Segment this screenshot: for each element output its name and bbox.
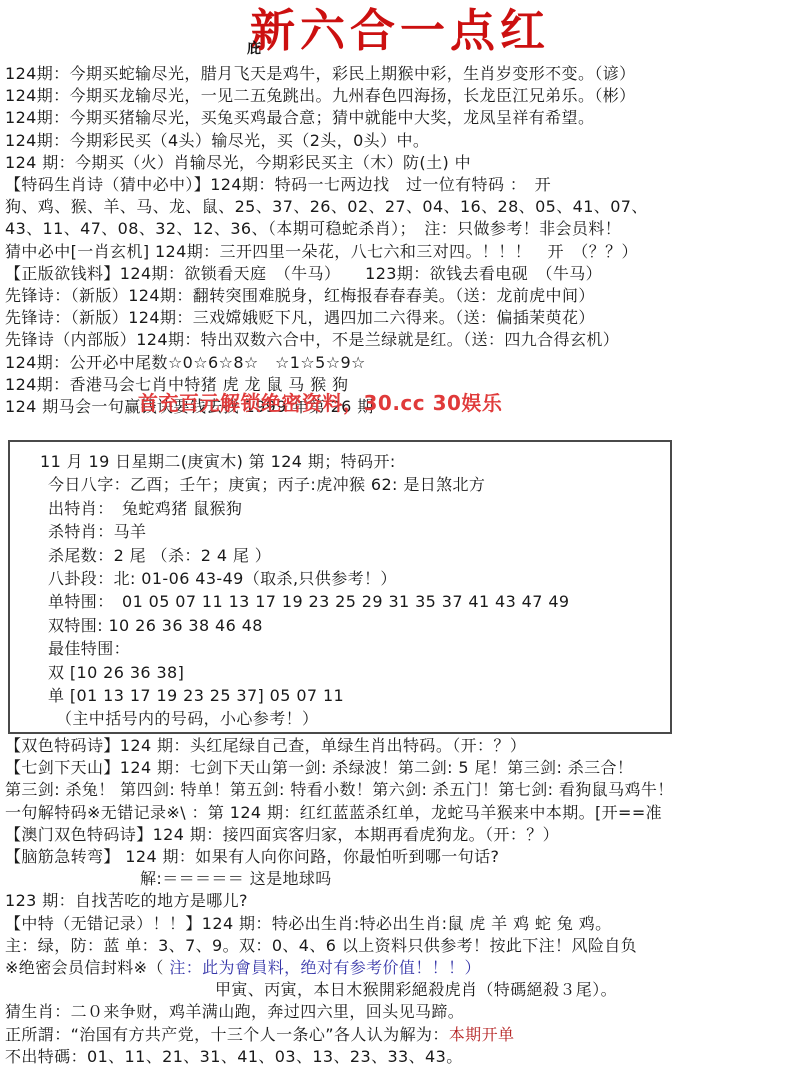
text-line: 八卦段：北: 01-06 43-49（取杀,只供参考！） — [40, 567, 670, 590]
text-line: 双 [10 26 36 38] — [40, 661, 670, 684]
text-line: 猜中必中[一肖玄机] 124期：三开四里一朵花，八七六和三对四。！！！ 开 （？… — [5, 241, 800, 263]
text-segment: 【澳门双色特码诗】124 期：接四面宾客归家，本期再看虎狗龙。（开：？） — [5, 825, 559, 844]
text-segment: 124期：今期彩民买（4头）输尽光，买（2头，0头）中。 — [5, 131, 429, 150]
text-segment: 123 期：自找苦吃的地方是哪儿? — [5, 891, 248, 910]
text-segment: 今日八字：乙酉；壬午；庚寅；丙子:虎冲猴 62: 是日煞北方 — [48, 475, 485, 494]
text-line: 124期：今期买猪输尽光，买兔买鸡最合意；猜中就能中大奖，龙凤呈祥有希望。 — [5, 107, 800, 129]
text-segment: 【双色特码诗】124 期：头红尾绿自己查，单绿生肖出特码。（开：？） — [5, 736, 526, 755]
text-line: 杀特肖：马羊 — [40, 520, 670, 543]
text-segment: 最佳特围： — [48, 639, 130, 658]
text-segment: 猜中必中[一肖玄机] 124期：三开四里一朵花，八七六和三对四。！！！ 开 （？… — [5, 242, 638, 261]
text-line: 主：绿，防：蓝 单：3、7、9。双：0、4、6 以上资料只供参考！按此下注！风险… — [5, 935, 800, 957]
text-segment: 124期：公开必中尾数☆0☆6☆8☆ ☆1☆5☆9☆ — [5, 353, 366, 372]
text-segment: 注：此为會員料，绝对有参考价值！！！） — [169, 958, 481, 977]
text-segment: 单 [01 13 17 19 23 25 37] 05 07 11 — [48, 686, 344, 705]
text-line: 杀尾数：2 尾 （杀：2 4 尾 ） — [40, 544, 670, 567]
text-line: 双特围: 10 26 36 38 46 48 — [40, 614, 670, 637]
text-segment: 猜生肖：二０来争财，鸡羊满山跑，奔过四六里，回头见马蹄。 — [5, 1002, 464, 1021]
text-line: 124 期：今期买（火）肖输尽光，今期彩民买主（木）防(土) 中 — [5, 152, 800, 174]
text-segment: 124期：今期买猪输尽光，买兔买鸡最合意；猜中就能中大奖，龙凤呈祥有希望。 — [5, 108, 594, 127]
text-line: 解:＝＝＝＝＝ 这是地球吗 — [5, 868, 800, 890]
top-text-block: 124期：今期买蛇输尽光，腊月飞天是鸡牛，彩民上期猴中彩，生肖岁变形不变。（谚）… — [5, 63, 800, 418]
text-segment: 先锋诗：（新版）124期：翻转突围难脱身，红梅报春春春美。（送：龙前虎中间） — [5, 286, 595, 305]
text-segment: 【特码生肖诗（猜中必中）】124期：特码一七两边找 过一位有特码 ： 开 — [5, 175, 551, 194]
text-line: （主中括号内的号码，小心参考！） — [40, 707, 670, 730]
text-segment: 甲寅、丙寅，本日木猴開彩絕殺虎肖（特碼絕殺３尾）。 — [215, 980, 617, 999]
text-segment: 43、11、47、08、32、12、36、（本期可稳蛇杀肖）； 注：只做参考！非… — [5, 219, 621, 238]
text-line: 先锋诗：（新版）124期：翻转突围难脱身，红梅报春春春美。（送：龙前虎中间） — [5, 285, 800, 307]
text-segment: 单特围： 01 05 07 11 13 17 19 23 25 29 31 35… — [48, 592, 569, 611]
text-line: 11 月 19 日星期二(庚寅木) 第 124 期；特码开: — [40, 450, 670, 473]
text-segment: 狗、鸡、猴、羊、马、龙、鼠、25、37、26、02、27、04、16、28、05… — [5, 197, 648, 216]
text-segment: ※绝密会员信封料※（ — [5, 958, 169, 977]
text-segment: 124 期：今期买（火）肖输尽光，今期彩民买主（木）防(土) 中 — [5, 153, 471, 172]
text-line: 【特码生肖诗（猜中必中）】124期：特码一七两边找 过一位有特码 ： 开 — [5, 174, 800, 196]
text-line: 【澳门双色特码诗】124 期：接四面宾客归家，本期再看虎狗龙。（开：？） — [5, 824, 800, 846]
text-segment: 先锋诗（内部版）124期：特出双数六合中，不是兰绿就是红。（送：四九合得玄机） — [5, 330, 619, 349]
text-segment: 【七剑下天山】124 期：七剑下天山第一剑: 杀绿波！第二剑: 5 尾！第三剑:… — [5, 758, 633, 777]
text-line: 正所謂：“治国有方共产党，十三个人一条心”各人认为解为：本期开单 — [5, 1024, 800, 1046]
text-line: 【双色特码诗】124 期：头红尾绿自己查，单绿生肖出特码。（开：？） — [5, 735, 800, 757]
text-line: 124期：今期彩民买（4头）输尽光，买（2头，0头）中。 — [5, 130, 800, 152]
text-segment: 【正版欲钱料】124期：欲锁看天庭 （牛马） 123期：欲钱去看电砚 （牛马） — [5, 264, 602, 283]
text-line: 【正版欲钱料】124期：欲锁看天庭 （牛马） 123期：欲钱去看电砚 （牛马） — [5, 263, 800, 285]
text-line: 单 [01 13 17 19 23 25 37] 05 07 11 — [40, 684, 670, 707]
text-segment: 主：绿，防：蓝 单：3、7、9。双：0、4、6 以上资料只供参考！按此下注！风险… — [5, 936, 637, 955]
text-segment: 本期开单 — [449, 1025, 515, 1044]
text-line: 今日八字：乙酉；壬午；庚寅；丙子:虎冲猴 62: 是日煞北方 — [40, 473, 670, 496]
lottery-tip-sheet-page: 新六合一点红 庇 124期：今期买蛇输尽光，腊月飞天是鸡牛，彩民上期猴中彩，生肖… — [0, 0, 800, 1080]
info-box-content: 11 月 19 日星期二(庚寅木) 第 124 期；特码开:今日八字：乙酉；壬午… — [40, 450, 670, 731]
text-segment: （主中括号内的号码，小心参考！） — [56, 709, 318, 728]
text-line: 出特肖： 兔蛇鸡猪 鼠猴狗 — [40, 497, 670, 520]
text-line: 123 期：自找苦吃的地方是哪儿? — [5, 890, 800, 912]
text-segment: 出特肖： 兔蛇鸡猪 鼠猴狗 — [48, 499, 242, 518]
text-line: 最佳特围： — [40, 637, 670, 660]
text-segment: 124期：今期买蛇输尽光，腊月飞天是鸡牛，彩民上期猴中彩，生肖岁变形不变。（谚） — [5, 64, 636, 83]
text-line: 124期：今期买龙输尽光，一见二五兔跳出。九州春色四海扬，长龙臣江兄弟乐。（彬） — [5, 85, 800, 107]
text-segment: 双特围: 10 26 36 38 46 48 — [48, 616, 263, 635]
text-segment: 正所謂：“治国有方共产党，十三个人一条心”各人认为解为： — [5, 1025, 449, 1044]
text-line: 先锋诗：（新版）124期：三戏嫦娥贬下凡，遇四加二六得来。（送：偏插茉萸花） — [5, 307, 800, 329]
text-line: 一句解特码※无错记录※\ ：第 124 期：红红蓝蓝杀红单，龙蛇马羊猴来中本期。… — [5, 802, 800, 824]
text-segment: 杀尾数：2 尾 （杀：2 4 尾 ） — [48, 546, 271, 565]
text-line: 【七剑下天山】124 期：七剑下天山第一剑: 杀绿波！第二剑: 5 尾！第三剑:… — [5, 757, 800, 779]
text-segment: 先锋诗：（新版）124期：三戏嫦娥贬下凡，遇四加二六得来。（送：偏插茉萸花） — [5, 308, 595, 327]
text-segment: 解:＝＝＝＝＝ 这是地球吗 — [140, 869, 332, 888]
text-line: 猜生肖：二０来争财，鸡羊满山跑，奔过四六里，回头见马蹄。 — [5, 1001, 800, 1023]
special-code-info-box: 11 月 19 日星期二(庚寅木) 第 124 期；特码开:今日八字：乙酉；壬午… — [8, 440, 672, 734]
text-line: 甲寅、丙寅，本日木猴開彩絕殺虎肖（特碼絕殺３尾）。 — [5, 979, 800, 1001]
text-line: 第三剑: 杀兔！ 第四剑: 特单！第五剑: 特看小数！第六剑: 杀五门！第七剑:… — [5, 779, 800, 801]
text-line: 43、11、47、08、32、12、36、（本期可稳蛇杀肖）； 注：只做参考！非… — [5, 218, 800, 240]
title-stamp: 庇 — [247, 38, 261, 58]
text-segment: 不出特碼：01、11、21、31、41、03、13、23、33、43。 — [5, 1047, 463, 1066]
text-line: 先锋诗（内部版）124期：特出双数六合中，不是兰绿就是红。（送：四九合得玄机） — [5, 329, 800, 351]
text-segment: 【中特（无错记录）！！】124 期：特必出生肖:特必出生肖:鼠 虎 羊 鸡 蛇 … — [5, 914, 612, 933]
text-line: 单特围： 01 05 07 11 13 17 19 23 25 29 31 35… — [40, 590, 670, 613]
overlay-ad-watermark: 首充百元解锁绝密资料，30.cc 30娱乐 — [138, 387, 502, 416]
text-line: 【中特（无错记录）！！】124 期：特必出生肖:特必出生肖:鼠 虎 羊 鸡 蛇 … — [5, 913, 800, 935]
text-line: 124期：今期买蛇输尽光，腊月飞天是鸡牛，彩民上期猴中彩，生肖岁变形不变。（谚） — [5, 63, 800, 85]
text-line: 狗、鸡、猴、羊、马、龙、鼠、25、37、26、02、27、04、16、28、05… — [5, 196, 800, 218]
text-segment: 八卦段：北: 01-06 43-49（取杀,只供参考！） — [48, 569, 397, 588]
text-line: 不出特碼：01、11、21、31、41、03、13、23、33、43。 — [5, 1046, 800, 1068]
text-segment: 杀特肖：马羊 — [48, 522, 146, 541]
text-line: ※绝密会员信封料※（ 注：此为會員料，绝对有参考价值！！！） — [5, 957, 800, 979]
text-line: 【脑筋急转弯】 124 期：如果有人向你问路，你最怕听到哪一句话? — [5, 846, 800, 868]
text-segment: 第三剑: 杀兔！ 第四剑: 特单！第五剑: 特看小数！第六剑: 杀五门！第七剑:… — [5, 780, 674, 799]
text-segment: 【脑筋急转弯】 124 期：如果有人向你问路，你最怕听到哪一句话? — [5, 847, 499, 866]
text-segment: 11 月 19 日星期二(庚寅木) 第 124 期；特码开: — [40, 452, 396, 471]
page-title: 新六合一点红 — [0, 0, 800, 56]
text-segment: 124期：今期买龙输尽光，一见二五兔跳出。九州春色四海扬，长龙臣江兄弟乐。（彬） — [5, 86, 636, 105]
text-segment: 一句解特码※无错记录※\ ：第 124 期：红红蓝蓝杀红单，龙蛇马羊猴来中本期。… — [5, 803, 662, 822]
text-segment: 双 [10 26 36 38] — [48, 663, 184, 682]
text-line: 124期：公开必中尾数☆0☆6☆8☆ ☆1☆5☆9☆ — [5, 352, 800, 374]
bottom-text-block: 【双色特码诗】124 期：头红尾绿自己查，单绿生肖出特码。（开：？）【七剑下天山… — [5, 735, 800, 1068]
